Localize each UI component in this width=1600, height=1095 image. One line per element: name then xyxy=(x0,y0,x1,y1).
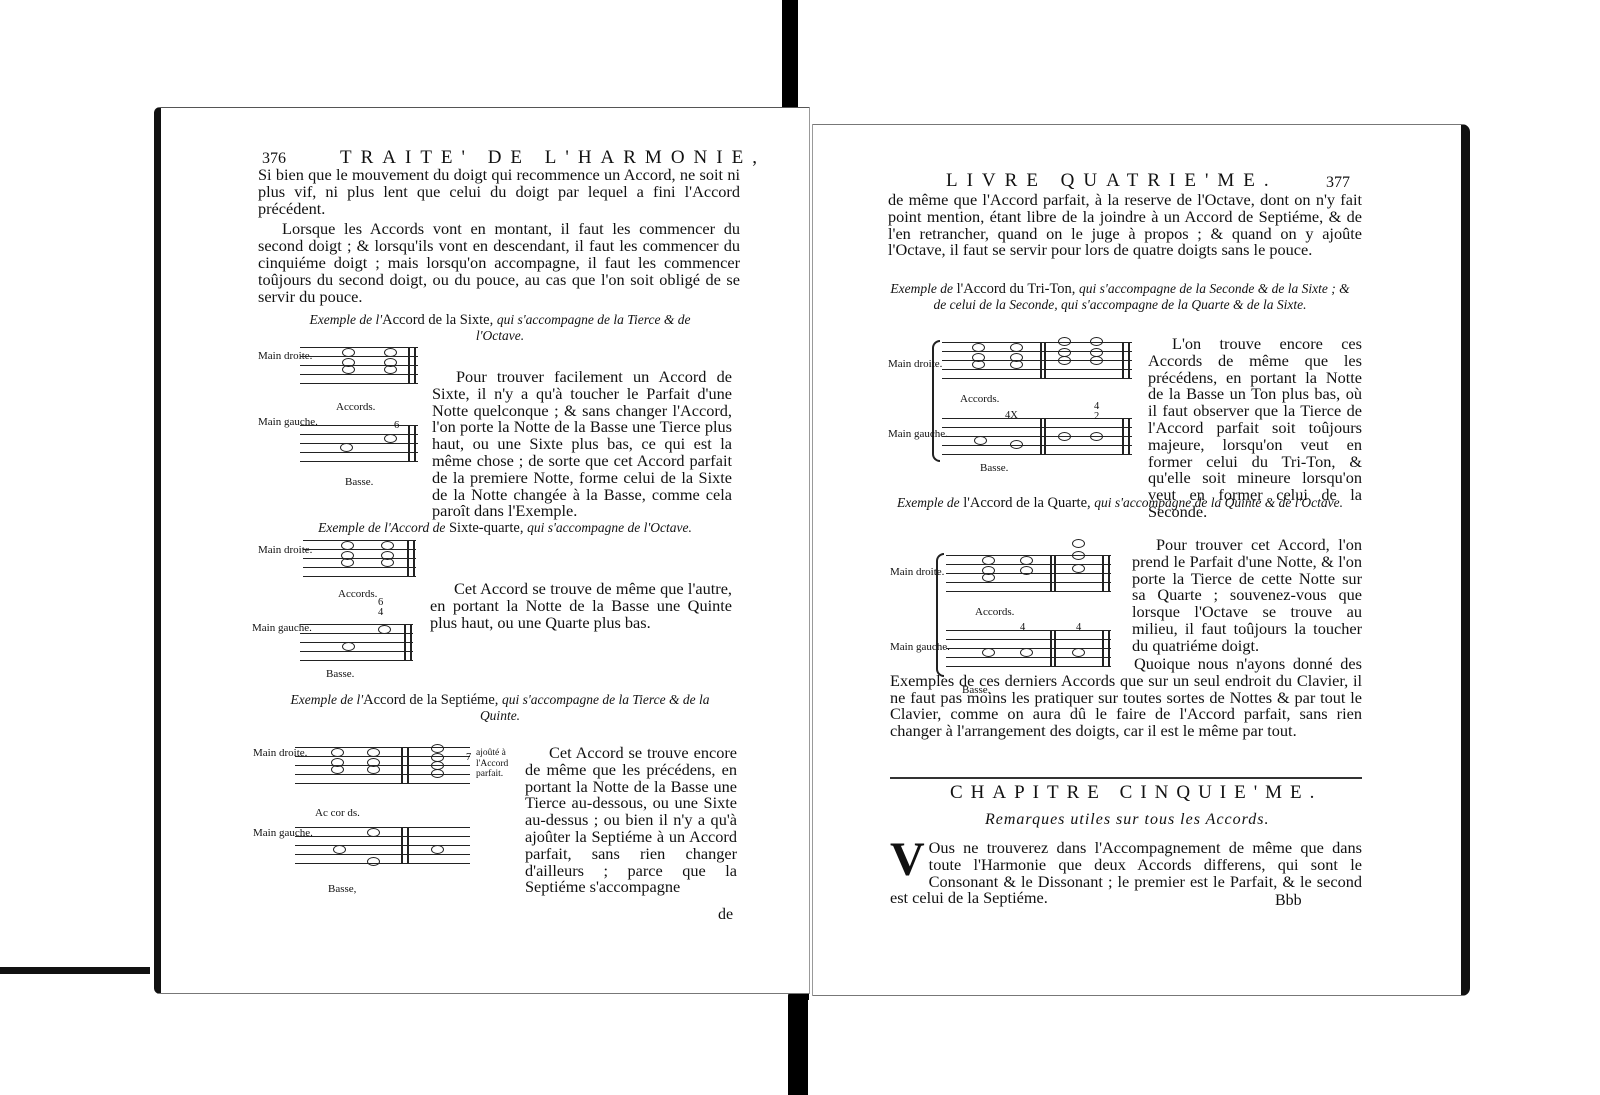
catchword: de xyxy=(718,906,733,924)
music-staff-bass xyxy=(300,624,413,660)
label-bass: Basse. xyxy=(980,462,1008,474)
music-staff-bass xyxy=(295,827,470,863)
right-intro-text: de même que l'Accord parfait, à la reser… xyxy=(888,192,1362,259)
figured-bass: 4 xyxy=(1076,622,1081,633)
label-bass: Basse. xyxy=(326,668,354,680)
label-right-hand: Main droite. xyxy=(888,358,942,370)
figured-bass: 7 xyxy=(466,752,471,763)
example-caption: Exemple de l'Accord de Sixte-quarte, qui… xyxy=(270,520,740,536)
figured-bass: 6 4 xyxy=(378,598,388,618)
example-text: Cet Accord se trouve encore de même que … xyxy=(525,745,737,896)
example-caption: Exemple de l'Accord de la Sixte, qui s'a… xyxy=(290,312,710,344)
music-staff-bass xyxy=(300,425,418,461)
music-staff-treble xyxy=(300,347,418,383)
paragraph: Si bien que le mouvement du doigt qui re… xyxy=(258,167,740,217)
left-intro-text: Si bien que le mouvement du doigt qui re… xyxy=(258,167,740,305)
paragraph: Lorsque les Accords vont en montant, il … xyxy=(258,221,740,305)
figured-bass: 4 xyxy=(1020,622,1025,633)
music-staff-treble xyxy=(942,342,1132,378)
example-text: Cet Accord se trouve de même que l'autre… xyxy=(430,581,732,631)
book-spine-bottom xyxy=(788,990,808,1095)
music-staff-bass xyxy=(942,418,1132,454)
example-text: Pour trouver cet Accord, l'on prend le P… xyxy=(1132,537,1362,655)
label-bass: Basse, xyxy=(328,883,356,895)
label-chords: Accords. xyxy=(960,393,999,405)
label-right-hand: Main droite. xyxy=(890,566,944,578)
example-caption: Exemple de l'Accord de la Quarte, qui s'… xyxy=(885,495,1355,511)
page-edge-shadow xyxy=(0,967,150,974)
music-staff-treble xyxy=(303,540,416,576)
label-left-hand: Main gauche. xyxy=(890,641,950,653)
label-chords: Accords. xyxy=(336,401,375,413)
chapter-title: CHAPITRE CINQUIE'ME. xyxy=(950,782,1322,804)
label-bass: Basse. xyxy=(345,476,373,488)
label-left-hand: Main gauche. xyxy=(888,428,948,440)
example-caption: Exemple de l'Accord du Tri-Ton, qui s'ac… xyxy=(885,281,1355,313)
example-caption: Exemple de l'Accord de la Septiéme, qui … xyxy=(270,692,730,724)
section-divider xyxy=(890,777,1362,779)
label-chords: Accords. xyxy=(975,606,1014,618)
chapter-subtitle: Remarques utiles sur tous les Accords. xyxy=(985,811,1270,829)
side-note: ajoûté à l'Accord parfait. xyxy=(476,748,526,780)
music-staff-treble xyxy=(946,555,1111,591)
signature-mark: Bbb xyxy=(1275,892,1302,910)
example-text: L'on trouve encore ces Accords de même q… xyxy=(1148,336,1362,521)
drop-cap: V xyxy=(890,840,925,880)
label-chords: Accords. xyxy=(338,588,377,600)
example-text: Pour trouver facilement un Accord de Six… xyxy=(432,369,732,520)
running-head-right: LIVRE QUATRIE'ME. xyxy=(946,170,1278,192)
figured-bass: 4 2 xyxy=(1094,402,1104,422)
figured-bass: 4X xyxy=(1005,410,1018,421)
example-text-continued: Quoique nous n'ayons donné des Exemples … xyxy=(890,656,1362,740)
label-chords: Ac cor ds. xyxy=(315,807,360,819)
figured-bass: 6 xyxy=(394,420,399,431)
music-staff-treble xyxy=(295,747,470,783)
